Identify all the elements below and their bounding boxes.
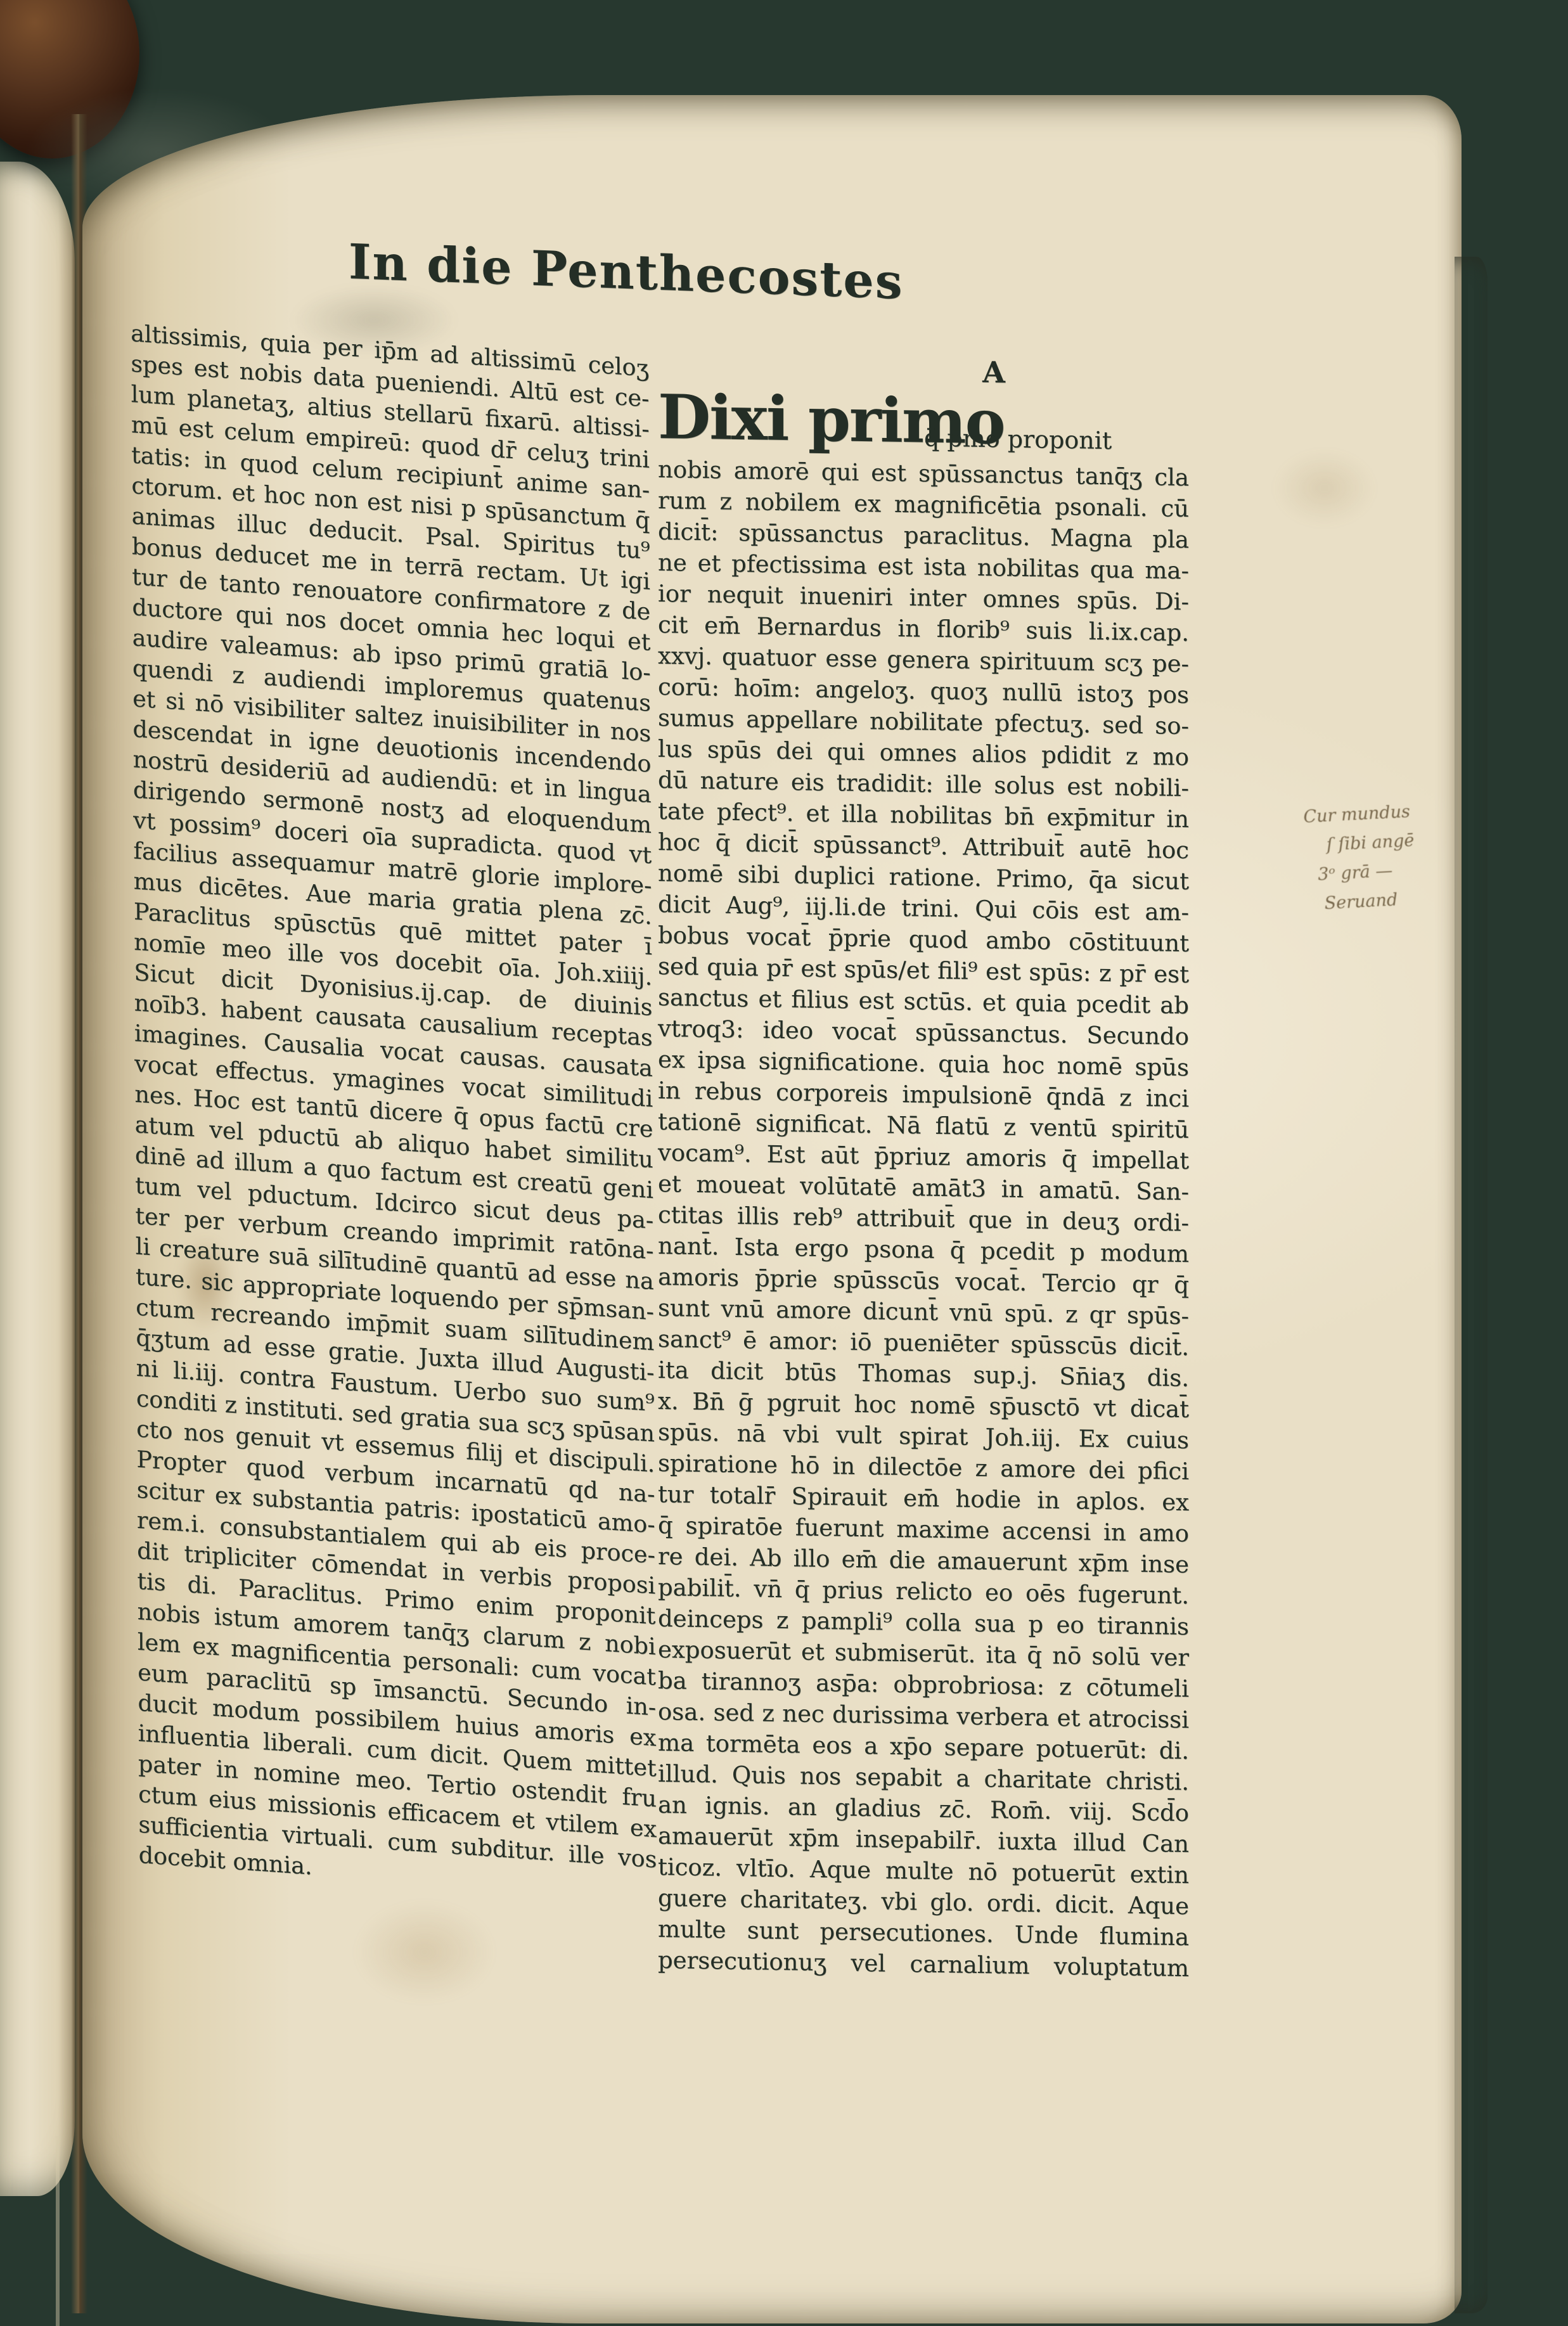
page-block-fore-edge — [1455, 257, 1488, 2313]
facing-page-edge-tail — [56, 2136, 60, 2326]
book-page: In die Penthecostes altissimis, quia per… — [82, 95, 1462, 2323]
paper-stain — [355, 1901, 494, 2003]
lemma-row: Dixi primo A q̄ p̄mo proponit — [658, 354, 1189, 462]
right-column-lines: nobis amorē qui est spūssanctus tanq̄ʒ c… — [658, 454, 1189, 1984]
page-heading: In die Penthecostes — [349, 233, 982, 313]
lemma-continuation: q̄ p̄mo proponit — [924, 424, 1112, 455]
paper-stain — [1274, 450, 1375, 526]
right-text-column: Dixi primo A q̄ p̄mo proponit nobis amor… — [658, 354, 1189, 1984]
column-marker: A — [968, 355, 1019, 390]
left-text-column: altissimis, quia per ip̄m ad altissimū c… — [131, 318, 657, 1906]
facing-page-edge — [0, 162, 75, 2196]
scanned-book-photo: { "page": { "header": "In die Penthecost… — [0, 0, 1568, 2326]
